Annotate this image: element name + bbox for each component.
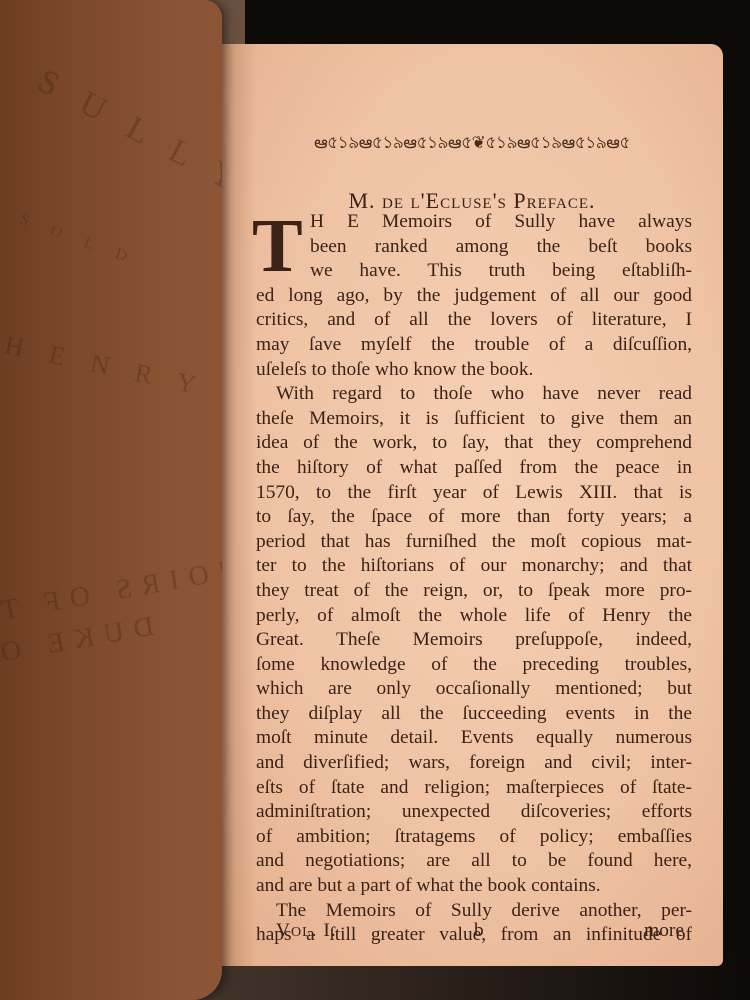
- text-line: we have. This truth being eſtabliſh-: [256, 259, 692, 284]
- text-line: 1570, to the firſt year of Lewis XIII. t…: [256, 481, 692, 506]
- text-line: been ranked among the beſt books: [256, 235, 692, 260]
- text-line: ed long ago, by the judgement of all our…: [256, 284, 692, 309]
- text-line: idea of the work, to ſay, that they comp…: [256, 431, 692, 456]
- text-line: ter to the hiſtorians of our monarchy; a…: [256, 554, 692, 579]
- left-page: S U L L Y S O L D H E N R Y MOIRS OF T D…: [0, 0, 222, 1000]
- text-line: theſe Memoirs, it is ſufficient to give …: [256, 407, 692, 432]
- text-line: With regard to thoſe who have never read: [256, 382, 692, 407]
- text-line: H E Memoirs of Sully have always: [256, 210, 692, 235]
- page-footer: Vol. I. b more: [256, 920, 692, 946]
- text-line: moſt minute detail. Events equally numer…: [256, 726, 692, 751]
- text-line: uſeleſs to thoſe who know the book.: [256, 358, 692, 383]
- text-line: critics, and of all the lovers of litera…: [256, 308, 692, 333]
- text-line: ſome knowledge of the preceding troubles…: [256, 653, 692, 678]
- text-line: they diſplay all the ſucceeding events i…: [256, 702, 692, 727]
- text-line: perly, of almoſt the whole life of Henry…: [256, 604, 692, 629]
- text-line: and negotiations; are all to be found he…: [256, 849, 692, 874]
- right-page: ఆ৫১৯ఆ৫১৯ఆ৫১৯ఆ৫❦৫১৯ఆ৫১৯ఆ৫১৯ఆ৫ M. de l'Ecl…: [216, 44, 723, 966]
- ornamental-headpiece: ఆ৫১৯ఆ৫১৯ఆ৫১৯ఆ৫❦৫১৯ఆ৫১৯ఆ৫১৯ఆ৫: [256, 130, 688, 152]
- text-line: of ambition; ſtratagems of policy; embaſ…: [256, 825, 692, 850]
- text-line: may ſave myſelf the trouble of a diſcuſſ…: [256, 333, 692, 358]
- text-line: adminiſtration; unexpected diſcoveries; …: [256, 800, 692, 825]
- volume-label: Vol. I.: [276, 920, 337, 942]
- text-line: which are only occaſionally mentioned; b…: [256, 677, 692, 702]
- catchword: more: [644, 920, 684, 942]
- text-line: Great. Theſe Memoirs preſuppoſe, indeed,: [256, 628, 692, 653]
- signature-mark: b: [474, 920, 484, 942]
- text-line: they treat of the reign, or, to ſpeak mo…: [256, 579, 692, 604]
- bleed-through-text: S U L L Y: [31, 62, 222, 203]
- text-line: to ſay, the ſpace of more than forty yea…: [256, 505, 692, 530]
- text-line: period that has furniſhed the moſt copio…: [256, 530, 692, 555]
- text-line: and diverſified; wars, foreign and civil…: [256, 751, 692, 776]
- bleed-through-text: S O L D: [17, 211, 139, 270]
- drop-cap: T: [252, 212, 303, 280]
- text-line: eſts of ſtate and religion; maſterpieces…: [256, 776, 692, 801]
- text-line: the hiſtory of what paſſed from the peac…: [256, 456, 692, 481]
- preface-text: T H E Memoirs of Sully have always been …: [256, 210, 692, 948]
- bleed-through-text: H E N R Y: [2, 330, 208, 402]
- text-line: and are but a part of what the book cont…: [256, 874, 692, 899]
